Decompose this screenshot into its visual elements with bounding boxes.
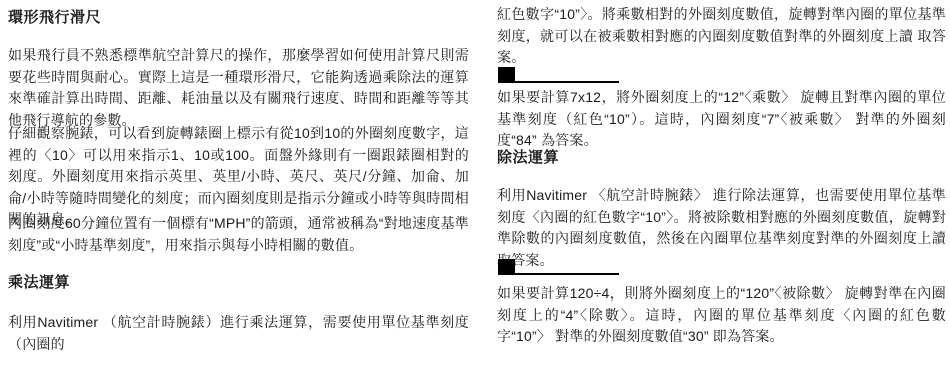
right-column: 紅色數字“10”〉。將乘數相對的外圈刻度數值，旋轉對準內圈的單位基準刻度，就可以… (497, 0, 946, 374)
section-heading-circular-slide-rule: 環形飛行滑尺 (8, 9, 469, 27)
figure-rule-line (513, 273, 619, 275)
paragraph-mph-marker: 內圈刻度60分鐘位置有一個標有“MPH”的箭頭，通常被稱為“對地速度基準刻度”或… (8, 213, 469, 256)
section-heading-division: 除法運算 (497, 149, 946, 167)
section-heading-multiplication: 乘法運算 (8, 274, 469, 292)
paragraph-multiplication-example: 如果要計算7x12，將外圈刻度上的“12”〈乘數〉 旋轉且對準內圈的單位基準刻度… (497, 87, 946, 152)
paragraph-multiplication-intro-left: 利用Navitimer （航空計時腕錶）進行乘法運算，需要使用單位基準刻度（內圈… (8, 312, 469, 355)
figure-placeholder-division-example (497, 259, 946, 276)
paragraph-multiplication-intro-continued: 紅色數字“10”〉。將乘數相對的外圈刻度數值，旋轉對準內圈的單位基準刻度，就可以… (497, 4, 946, 69)
figure-rule-line (513, 81, 619, 83)
left-column: 環形飛行滑尺 如果飛行員不熟悉標準航空計算尺的操作，那麼學習如何使用計算尺則需要… (8, 0, 469, 374)
paragraph-slide-rule-intro: 如果飛行員不熟悉標準航空計算尺的操作，那麼學習如何使用計算尺則需要花些時間與耐心… (8, 45, 469, 131)
figure-placeholder-multiplication-example (497, 67, 946, 84)
manual-page: 環形飛行滑尺 如果飛行員不熟悉標準航空計算尺的操作，那麼學習如何使用計算尺則需要… (0, 0, 950, 374)
paragraph-division-example: 如果要計算120÷4，則將外圈刻度上的“120”〈被除數〉 旋轉對準在內圈刻度上… (497, 283, 946, 348)
